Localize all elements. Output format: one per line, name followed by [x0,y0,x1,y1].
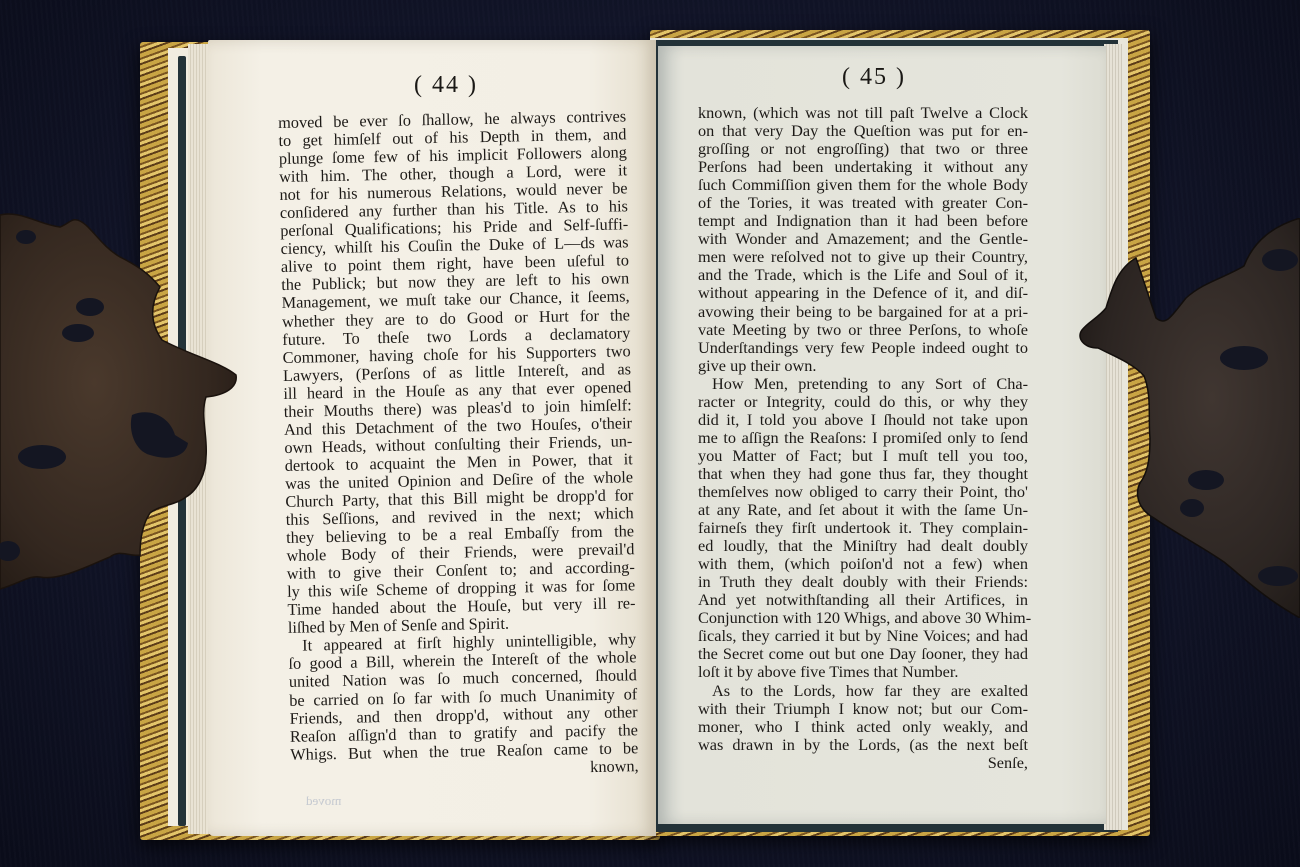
iron-weight-right[interactable] [1074,218,1300,618]
iron-weight-left-icon [0,205,245,595]
text-line: ſuch Commiſſion given them for the whole… [698,176,1028,194]
text-line: with Wonder and Amazement; and the Gentl… [698,230,1028,248]
text-line: did it, I told you above I ſhould not ta… [698,411,1028,429]
text-line: that when they had gone thus far, they t… [698,465,1028,483]
text-line: and the Trade, which is the Life and Sou… [698,266,1028,284]
text-line: give up their own. [698,357,1028,375]
text-line: As to the Lords, how far they are exalte… [698,682,1028,700]
right-page-text: known, (which was not till paſt Twelve a… [698,104,1028,772]
show-through-text: moved [306,792,341,810]
text-line: themſelves now obliged to carry their Po… [698,483,1028,501]
text-line: with them, (which poiſon'd not a few) wh… [698,555,1028,573]
text-line: racter or Integrity, could do this, or w… [698,393,1028,411]
iron-weight-left[interactable] [0,205,245,595]
left-page-text: moved be ever ſo ſhallow, he always cont… [278,107,639,781]
page-number-left: ( 44 ) [222,76,670,94]
text-line: Underſtandings very few People indeed ou… [698,339,1028,357]
text-line: you Matter of Fact; but I muſt tell you … [698,447,1028,465]
text-line: the Secret come out but one Day ſooner, … [698,645,1028,663]
text-line: How Men, pretending to any Sort of Cha- [698,375,1028,393]
text-line: vate Meeting by two or three Perſons, to… [698,321,1028,339]
text-line: ed loudly, that the Miniſtry had dealt d… [698,537,1028,555]
text-line: Perſons had been undertaking it without … [698,158,1028,176]
page-number-right: ( 45 ) [650,68,1098,86]
left-page: ( 44 ) moved be ever ſo ſhallow, he alwa… [208,40,656,836]
text-line: at any Rate, and ſet about it with the ſ… [698,501,1028,519]
text-line: loſt it by above five Times that Number. [698,663,1028,681]
text-line: Conjunction with 120 Whigs, and above 30… [698,609,1028,627]
right-page: ( 45 ) known, (which was not till paſt T… [658,46,1106,824]
catchword-right: Senſe, [698,754,1028,772]
iron-weight-right-icon [1074,218,1300,618]
text-line: men were reſolved not to give up their C… [698,248,1028,266]
text-line: And yet notwithſtanding all their Artifi… [698,591,1028,609]
text-line: without appearing in the Defence of it, … [698,284,1028,302]
text-line: on that very Day the Queſtion was put fo… [698,122,1028,140]
text-line: fairneſs they firſt undertook it. They c… [698,519,1028,537]
text-line: moner, who I think acted only weakly, an… [698,718,1028,736]
text-line: known, (which was not till paſt Twelve a… [698,104,1028,122]
text-line: with their Triumph I know not; but our C… [698,700,1028,718]
text-line: tempt and Indignation than it had been b… [698,212,1028,230]
text-line: groſſing or not engroſſing) that two or … [698,140,1028,158]
text-line: avowing their being to be bargained for … [698,303,1028,321]
text-line: was drawn in by the Lords, (as the next … [698,736,1028,754]
text-line: of the Tories, it was treated with great… [698,194,1028,212]
text-line: ſicals, they carried it but by Nine Voic… [698,627,1028,645]
text-line: me to aſſign the Reaſons: I promiſed onl… [698,429,1028,447]
text-line: in Truth they dealt doubly with their Fr… [698,573,1028,591]
